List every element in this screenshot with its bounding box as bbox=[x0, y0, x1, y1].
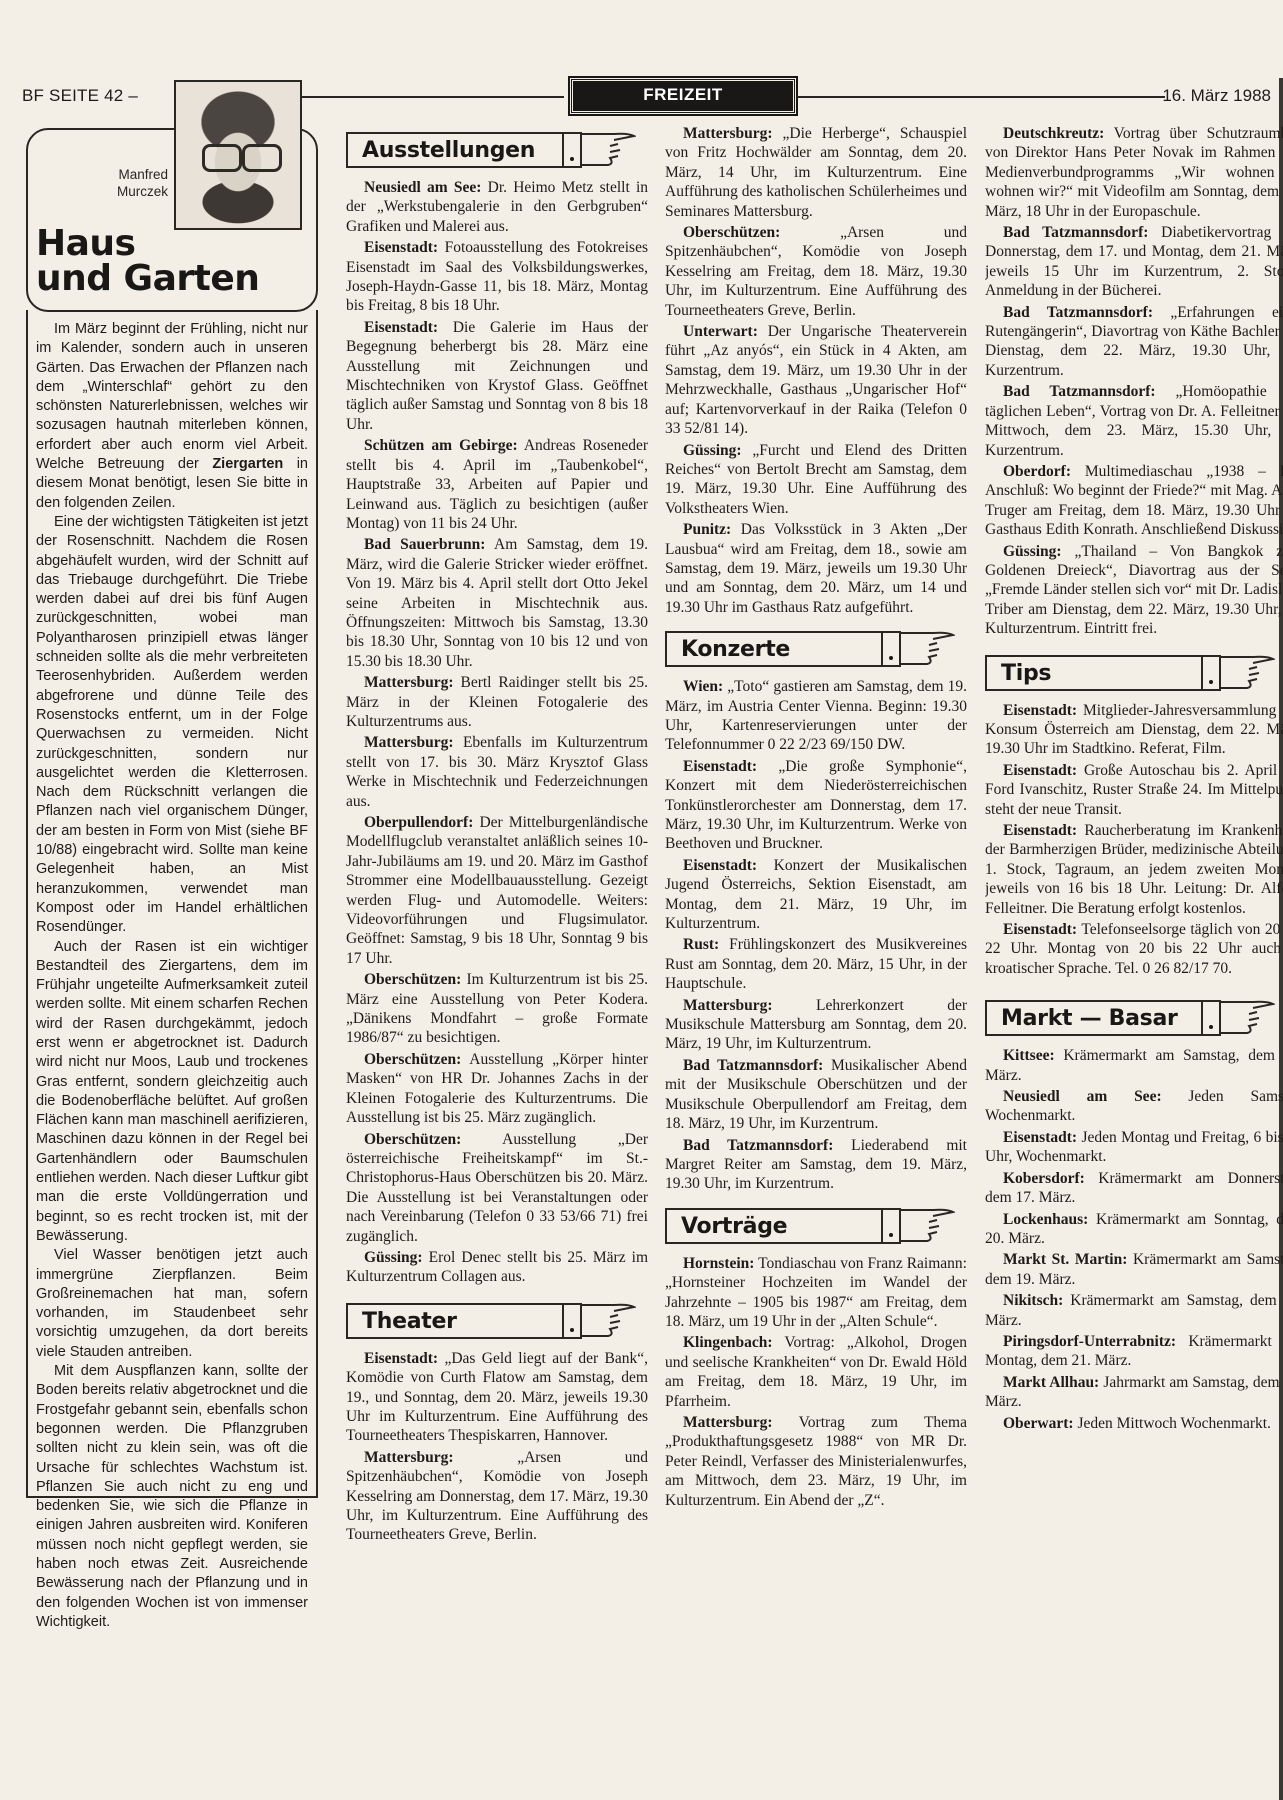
article-body: Im März beginnt der Frühling, nicht nur … bbox=[36, 320, 308, 1632]
article-title: Haus und Garten bbox=[36, 226, 316, 296]
event-location: Bad Tatzmannsdorf: bbox=[683, 1137, 833, 1154]
tips-list: Eisenstadt: Mitglieder-Jahresversammlung… bbox=[985, 701, 1283, 979]
event-location: Oberschützen: bbox=[683, 224, 780, 241]
paragraph: Mit dem Auspflanzen kann, sollte der Bod… bbox=[36, 1362, 308, 1632]
event-entry: Eisenstadt: Raucherberatung im Krankenha… bbox=[985, 821, 1283, 918]
event-entry: Wien: „Toto“ gastieren am Samstag, dem 1… bbox=[665, 677, 967, 755]
event-entry: Eisenstadt: „Die große Symphonie“, Konze… bbox=[665, 757, 967, 854]
event-description: Jeden Mittwoch Wochenmarkt. bbox=[1074, 1415, 1271, 1432]
pointing-hand-icon bbox=[899, 1208, 955, 1242]
event-location: Eisenstadt: bbox=[1003, 1129, 1077, 1146]
paragraph: Auch der Rasen ist ein wichtiger Bestand… bbox=[36, 938, 308, 1247]
event-location: Güssing: bbox=[364, 1249, 423, 1266]
event-entry: Mattersburg: Vortrag zum Thema „Produkth… bbox=[665, 1413, 967, 1510]
event-location: Piringsdorf-Unterrabnitz: bbox=[1003, 1333, 1176, 1350]
event-description: Am Samstag, dem 19. März, wird die Galer… bbox=[346, 536, 648, 669]
konzerte-list: Wien: „Toto“ gastieren am Samstag, dem 1… bbox=[665, 677, 967, 1194]
event-location: Mattersburg: bbox=[683, 1414, 773, 1431]
event-location: Eisenstadt: bbox=[1003, 921, 1077, 938]
event-entry: Deutschkreutz: Vortrag über Schutzraumba… bbox=[985, 124, 1283, 221]
event-entry: Oberwart: Jeden Mittwoch Wochenmarkt. bbox=[985, 1414, 1283, 1433]
event-entry: Eisenstadt: Telefonseelsorge täglich von… bbox=[985, 920, 1283, 978]
event-entry: Mattersburg: „Arsen und Spitzenhäubchen“… bbox=[346, 1448, 648, 1545]
pointing-hand-icon bbox=[580, 132, 636, 166]
event-entry: Eisenstadt: Konzert der Musikalischen Ju… bbox=[665, 856, 967, 934]
events-column-4: Deutschkreutz: Vortrag über Schutzraumba… bbox=[985, 124, 1283, 1764]
event-entry: Güssing: „Thailand – Von Bangkok zum Gol… bbox=[985, 542, 1283, 639]
event-entry: Oberschützen: Ausstellung „Körper hinter… bbox=[346, 1050, 648, 1128]
event-entry: Bad Tatzmannsdorf: Diabetikervortrag am … bbox=[985, 223, 1283, 301]
event-entry: Eisenstadt: Jeden Montag und Freitag, 6 … bbox=[985, 1128, 1283, 1167]
section-title: Theater bbox=[362, 1305, 457, 1338]
event-location: Bad Tatzmannsdorf: bbox=[683, 1057, 823, 1074]
event-location: Mattersburg: bbox=[364, 734, 454, 751]
event-entry: Oberschützen: „Arsen und Spitzenhäubchen… bbox=[665, 223, 967, 320]
event-entry: Schützen am Gebirge: Andreas Roseneder s… bbox=[346, 436, 648, 533]
event-entry: Markt Allhau: Jahrmarkt am Samstag, dem … bbox=[985, 1373, 1283, 1412]
event-entry: Neusiedl am See: Jeden Samstag Wochenmar… bbox=[985, 1087, 1283, 1126]
event-entry: Nikitsch: Krämermarkt am Samstag, dem 19… bbox=[985, 1291, 1283, 1330]
event-location: Oberschützen: bbox=[364, 971, 461, 988]
event-location: Kittsee: bbox=[1003, 1047, 1055, 1064]
event-entry: Bad Sauerbrunn: Am Samstag, dem 19. März… bbox=[346, 535, 648, 671]
event-entry: Mattersburg: „Die Herberge“, Schauspiel … bbox=[665, 124, 967, 221]
event-entry: Rust: Frühlingskonzert des Musikvereines… bbox=[665, 935, 967, 993]
event-location: Bad Tatzmannsdorf: bbox=[1003, 383, 1156, 400]
section-title: Vorträge bbox=[681, 1210, 787, 1243]
event-location: Rust: bbox=[683, 936, 719, 953]
event-entry: Güssing: Erol Denec stellt bis 25. März … bbox=[346, 1248, 648, 1287]
event-location: Mattersburg: bbox=[364, 674, 454, 691]
event-location: Eisenstadt: bbox=[1003, 822, 1077, 839]
event-entry: Lockenhaus: Krämermarkt am Sonntag, dem … bbox=[985, 1210, 1283, 1249]
event-entry: Oberdorf: Multimediaschau „1938 – Der An… bbox=[985, 462, 1283, 540]
section-marker bbox=[1201, 655, 1221, 691]
event-location: Eisenstadt: bbox=[364, 1350, 438, 1367]
section-title: Markt — Basar bbox=[1001, 1002, 1178, 1035]
event-location: Mattersburg: bbox=[364, 1449, 454, 1466]
event-entry: Kittsee: Krämermarkt am Samstag, dem 19.… bbox=[985, 1046, 1283, 1085]
event-entry: Punitz: Das Volksstück in 3 Akten „Der L… bbox=[665, 520, 967, 617]
vortraege-list: Hornstein: Tondiaschau von Franz Raimann… bbox=[665, 1254, 967, 1510]
event-location: Oberschützen: bbox=[364, 1051, 461, 1068]
section-title: Konzerte bbox=[681, 633, 790, 666]
event-location: Oberschützen: bbox=[364, 1131, 461, 1148]
paragraph: Im März beginnt der Frühling, nicht nur … bbox=[36, 320, 308, 513]
event-entry: Neusiedl am See: Dr. Heimo Metz stellt i… bbox=[346, 178, 648, 236]
event-entry: Mattersburg: Lehrerkonzert der Musikschu… bbox=[665, 996, 967, 1054]
event-location: Nikitsch: bbox=[1003, 1292, 1063, 1309]
event-description: Der Ungarische Theaterverein führt „Az a… bbox=[665, 323, 967, 437]
section-marker bbox=[1201, 1000, 1221, 1036]
section-header-ausstellungen: Ausstellungen bbox=[346, 132, 648, 166]
event-entry: Kobersdorf: Krämermarkt am Donnerstag, d… bbox=[985, 1169, 1283, 1208]
event-location: Bad Sauerbrunn: bbox=[364, 536, 485, 553]
event-location: Kobersdorf: bbox=[1003, 1170, 1085, 1187]
event-location: Eisenstadt: bbox=[683, 758, 757, 775]
event-location: Eisenstadt: bbox=[1003, 702, 1077, 719]
event-location: Oberdorf: bbox=[1003, 463, 1071, 480]
theater-list: Eisenstadt: „Das Geld liegt auf der Bank… bbox=[346, 1349, 648, 1545]
event-location: Wien: bbox=[683, 678, 723, 695]
event-location: Mattersburg: bbox=[683, 125, 773, 142]
haus-und-garten-article: Manfred Murczek Haus und Garten Im März … bbox=[26, 128, 318, 1498]
event-entry: Piringsdorf-Unterrabnitz: Krämermarkt am… bbox=[985, 1332, 1283, 1371]
section-marker bbox=[881, 1208, 901, 1244]
issue-date: 16. März 1988 bbox=[1162, 86, 1271, 106]
section-title: Tips bbox=[1001, 657, 1051, 690]
event-location: Hornstein: bbox=[683, 1255, 754, 1272]
event-entry: Eisenstadt: Große Autoschau bis 2. April… bbox=[985, 761, 1283, 819]
vortraege-list-continued: Deutschkreutz: Vortrag über Schutzraumba… bbox=[985, 124, 1283, 639]
event-entry: Mattersburg: Bertl Raidinger stellt bis … bbox=[346, 673, 648, 731]
event-location: Schützen am Gebirge: bbox=[364, 437, 518, 454]
event-entry: Hornstein: Tondiaschau von Franz Raimann… bbox=[665, 1254, 967, 1332]
event-location: Güssing: bbox=[683, 442, 742, 459]
event-location: Markt Allhau: bbox=[1003, 1374, 1099, 1391]
section-header-tips: Tips bbox=[985, 655, 1283, 689]
author-photo bbox=[174, 80, 302, 230]
event-entry: Klingenbach: Vortrag: „Alkohol, Drogen u… bbox=[665, 1333, 967, 1411]
section-header-markt-basar: Markt — Basar bbox=[985, 1000, 1283, 1034]
glasses-right-icon bbox=[242, 144, 282, 172]
event-location: Bad Tatzmannsdorf: bbox=[1003, 304, 1153, 321]
event-location: Neusiedl am See: bbox=[364, 179, 481, 196]
event-entry: Eisenstadt: „Das Geld liegt auf der Bank… bbox=[346, 1349, 648, 1446]
event-entry: Eisenstadt: Mitglieder-Jahresversammlung… bbox=[985, 701, 1283, 759]
event-entry: Bad Tatzmannsdorf: Musikalischer Abend m… bbox=[665, 1056, 967, 1134]
ausstellungen-list: Neusiedl am See: Dr. Heimo Metz stellt i… bbox=[346, 178, 648, 1287]
event-entry: Bad Tatzmannsdorf: „Homöopathie im tägli… bbox=[985, 382, 1283, 460]
pointing-hand-icon bbox=[1219, 655, 1275, 689]
event-location: Klingenbach: bbox=[683, 1334, 773, 1351]
event-entry: Eisenstadt: Die Galerie im Haus der Bege… bbox=[346, 318, 648, 434]
event-entry: Bad Tatzmannsdorf: Liederabend mit Margr… bbox=[665, 1136, 967, 1194]
event-location: Oberwart: bbox=[1003, 1415, 1074, 1432]
section-title: Ausstellungen bbox=[362, 134, 535, 167]
pointing-hand-icon bbox=[1219, 1000, 1275, 1034]
section-marker bbox=[881, 631, 901, 667]
event-entry: Eisenstadt: Fotoausstellung des Fotokrei… bbox=[346, 238, 648, 316]
author-name: Manfred Murczek bbox=[88, 166, 168, 200]
event-location: Mattersburg: bbox=[683, 997, 773, 1014]
section-label: FREIZEIT bbox=[570, 78, 796, 114]
section-marker bbox=[562, 132, 582, 168]
section-header-vortraege: Vorträge bbox=[665, 1208, 967, 1242]
paragraph: Viel Wasser benötigen jetzt auch immergr… bbox=[36, 1246, 308, 1362]
header-rule-left bbox=[294, 96, 564, 98]
section-marker bbox=[562, 1303, 582, 1339]
pointing-hand-icon bbox=[580, 1303, 636, 1337]
page-number: BF SEITE 42 – bbox=[22, 86, 138, 106]
event-location: Güssing: bbox=[1003, 543, 1062, 560]
event-entry: Unterwart: Der Ungarische Theaterverein … bbox=[665, 322, 967, 438]
section-header-theater: Theater bbox=[346, 1303, 648, 1337]
event-entry: Markt St. Martin: Krämermarkt am Samstag… bbox=[985, 1250, 1283, 1289]
event-entry: Mattersburg: Ebenfalls im Kulturzentrum … bbox=[346, 733, 648, 811]
header-rule-right bbox=[797, 96, 1165, 98]
event-location: Unterwart: bbox=[683, 323, 758, 340]
event-location: Eisenstadt: bbox=[364, 319, 438, 336]
event-entry: Oberschützen: Im Kulturzentrum ist bis 2… bbox=[346, 970, 648, 1048]
glasses-left-icon bbox=[202, 144, 242, 172]
event-entry: Bad Tatzmannsdorf: „Erfahrungen einer Ru… bbox=[985, 303, 1283, 381]
event-location: Eisenstadt: bbox=[1003, 762, 1077, 779]
events-column-2: Ausstellungen Neusiedl am See: Dr. Heimo… bbox=[346, 128, 648, 1547]
event-location: Markt St. Martin: bbox=[1003, 1251, 1127, 1268]
event-location: Punitz: bbox=[683, 521, 731, 538]
event-location: Lockenhaus: bbox=[1003, 1211, 1088, 1228]
event-location: Eisenstadt: bbox=[683, 857, 757, 874]
event-location: Neusiedl am See: bbox=[1003, 1088, 1162, 1105]
event-location: Bad Tatzmannsdorf: bbox=[1003, 224, 1148, 241]
paragraph: Eine der wichtigsten Tätigkeiten ist jet… bbox=[36, 513, 308, 938]
event-entry: Oberschützen: Ausstellung „Der österreic… bbox=[346, 1130, 648, 1246]
event-location: Oberpullendorf: bbox=[364, 814, 473, 831]
event-location: Deutschkreutz: bbox=[1003, 125, 1104, 142]
pointing-hand-icon bbox=[899, 631, 955, 665]
event-entry: Oberpullendorf: Der Mittelburgenländisch… bbox=[346, 813, 648, 968]
event-location: Eisenstadt: bbox=[364, 239, 438, 256]
markt-list: Kittsee: Krämermarkt am Samstag, dem 19.… bbox=[985, 1046, 1283, 1433]
event-description: Der Mittelburgenländische Modellflugclub… bbox=[346, 814, 648, 967]
theater-list-continued: Mattersburg: „Die Herberge“, Schauspiel … bbox=[665, 124, 967, 617]
section-header-konzerte: Konzerte bbox=[665, 631, 967, 665]
events-column-3: Mattersburg: „Die Herberge“, Schauspiel … bbox=[665, 124, 967, 1512]
event-entry: Güssing: „Furcht und Elend des Dritten R… bbox=[665, 441, 967, 519]
